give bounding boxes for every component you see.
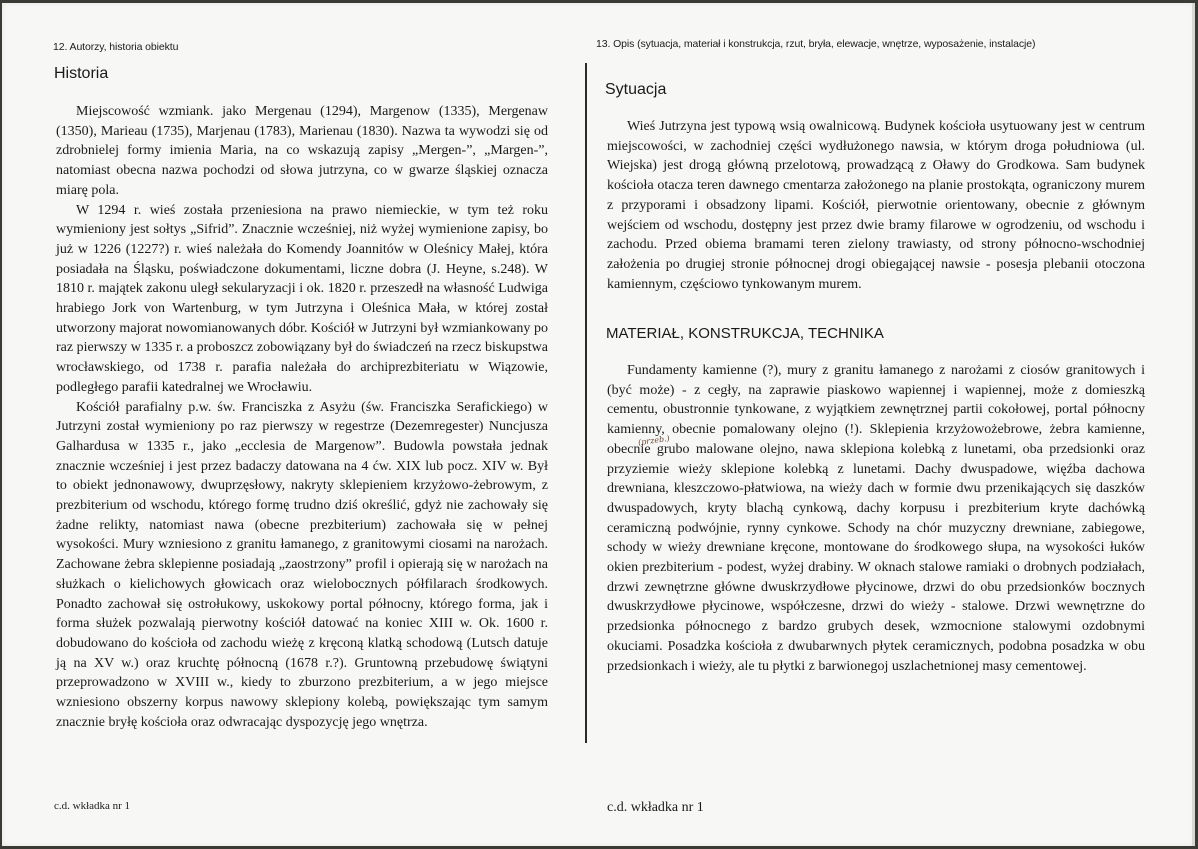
- section-label-authors-history: 12. Autorzy, historia obiektu: [53, 41, 178, 53]
- heading-historia: Historia: [54, 65, 108, 83]
- footer-continuation-left: c.d. wkładka nr 1: [54, 800, 130, 812]
- situation-text: Wieś Jutrzyna jest typową wsią owalnicow…: [607, 117, 1145, 294]
- history-paragraph-2: W 1294 r. wieś została przeniesiona na p…: [56, 201, 548, 398]
- page-edge: [1192, 3, 1195, 846]
- section-label-description: 13. Opis (sytuacja, materiał i konstrukc…: [596, 38, 1035, 50]
- history-text: Miejscowość wzmiank. jako Mergenau (1294…: [56, 102, 548, 733]
- heading-material: MATERIAŁ, KONSTRUKCJA, TECHNIKA: [606, 325, 884, 342]
- history-paragraph-1: Miejscowość wzmiank. jako Mergenau (1294…: [56, 102, 548, 201]
- column-divider: [585, 63, 587, 743]
- footer-continuation-right: c.d. wkładka nr 1: [607, 800, 704, 816]
- history-paragraph-3: Kościół parafialny p.w. św. Franciszka z…: [56, 398, 548, 733]
- document-sheet: 12. Autorzy, historia obiektu Historia M…: [2, 3, 1195, 846]
- material-text: Fundamenty kamienne (?), mury z granitu …: [607, 361, 1145, 676]
- material-paragraph: Fundamenty kamienne (?), mury z granitu …: [607, 361, 1145, 676]
- heading-sytuacja: Sytuacja: [605, 81, 666, 99]
- situation-paragraph: Wieś Jutrzyna jest typową wsią owalnicow…: [607, 117, 1145, 294]
